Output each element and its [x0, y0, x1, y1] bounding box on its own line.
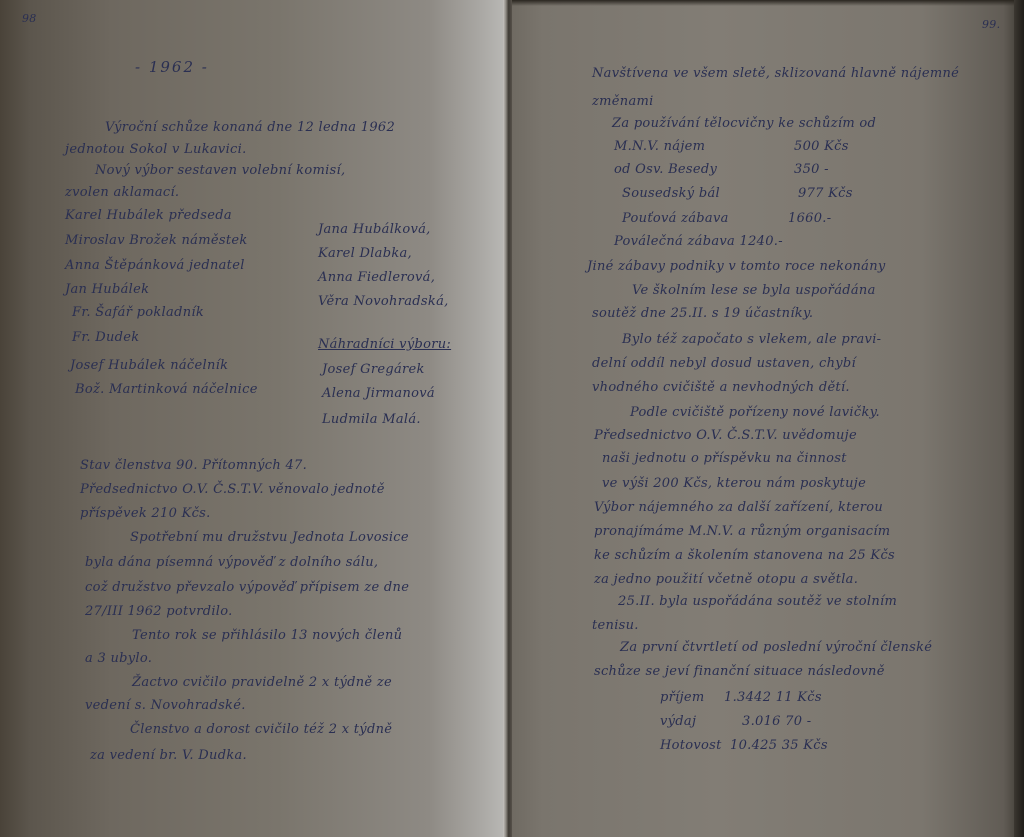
income-label: od Osv. Besedy [614, 162, 717, 177]
page-number: 99. [982, 18, 1000, 31]
committee-member: Věra Novohradská, [318, 294, 449, 309]
committee-member: Jana Hubálková, [318, 222, 431, 237]
committee-member: Anna Štěpánková jednatel [65, 258, 245, 273]
income-amount: 977 Kčs [798, 186, 853, 201]
text-line: Stav členstva 90. Přítomných 47. [80, 458, 307, 473]
text-line: příspěvek 210 Kčs. [80, 506, 211, 521]
text-line: 27/III 1962 potvrdilo. [85, 604, 233, 619]
income-label: Sousedský bál [622, 186, 720, 201]
text-line: schůze se jeví finanční situace následov… [594, 664, 885, 679]
text-line: Členstvo a dorost cvičilo též 2 x týdně [130, 722, 392, 737]
open-book: 98 - 1962 - Výroční schůze konaná dne 12… [0, 0, 1024, 837]
income-amount: 350 - [794, 162, 829, 177]
text-line: Poválečná zábava 1240.- [614, 234, 783, 249]
substitute-member: Josef Gregárek [322, 362, 425, 377]
text-line: Za používání tělocvičny ke schůzím od [612, 116, 876, 131]
substitutes-heading: Náhradníci výboru: [318, 337, 451, 352]
right-page: 99. Navštívena ve všem sletě, sklizovaná… [512, 0, 1024, 837]
committee-member: Jan Hubálek [65, 282, 149, 297]
year-heading: - 1962 - [135, 58, 209, 76]
text-line: Spotřební mu družstvu Jednota Lovosice [130, 530, 409, 545]
committee-member: Fr. Šafář pokladník [72, 305, 204, 320]
text-line: 25.II. byla uspořádána soutěž ve stolním [618, 594, 897, 609]
text-line: Za první čtvrtletí od poslední výroční č… [620, 640, 932, 655]
text-line: Nový výbor sestaven volební komisí, [95, 163, 345, 178]
text-line: soutěž dne 25.II. s 19 účastníky. [592, 306, 813, 321]
text-line: Podle cvičiště pořízeny nové lavičky. [630, 405, 880, 420]
committee-member: Miroslav Brožek náměstek [65, 233, 248, 248]
text-line: za jedno použití včetně otopu a světla. [594, 572, 858, 587]
committee-member: Bož. Martinková náčelnice [75, 382, 258, 397]
left-page: 98 - 1962 - Výroční schůze konaná dne 12… [0, 0, 505, 837]
text-line: a 3 ubylo. [85, 651, 152, 666]
committee-member: Karel Dlabka, [318, 246, 412, 261]
text-line: tenisu. [592, 618, 639, 633]
text-line: ve výši 200 Kčs, kterou nám poskytuje [602, 476, 866, 491]
text-line: ke schůzím a školením stanovena na 25 Kč… [594, 548, 895, 563]
text-line: naši jednotu o příspěvku na činnost [602, 451, 847, 466]
text-line: jednotou Sokol v Lukavici. [65, 142, 247, 157]
committee-member: Anna Fiedlerová, [318, 270, 435, 285]
finance-label: příjem [660, 690, 705, 705]
finance-label: Hotovost [660, 738, 722, 753]
text-line: Předsednictvo O.V. Č.S.T.V. věnovalo jed… [80, 482, 385, 497]
text-line: změnami [592, 94, 654, 109]
finance-label: výdaj [660, 714, 696, 729]
text-line: Bylo též započato s vlekem, ale pravi- [622, 332, 881, 347]
text-line: Navštívena ve všem sletě, sklizovaná hla… [592, 66, 959, 81]
book-edge [1014, 0, 1024, 837]
text-line: delní oddíl nebyl dosud ustaven, chybí [592, 356, 856, 371]
text-line: Předsednictvo O.V. Č.S.T.V. uvědomuje [594, 428, 857, 443]
text-line: což družstvo převzalo výpověď přípisem z… [85, 580, 409, 595]
finance-amount: 1.3442 11 Kčs [724, 690, 822, 705]
income-label: Pouťová zábava [622, 211, 729, 226]
committee-member: Josef Hubálek náčelník [70, 358, 228, 373]
text-line: vedení s. Novohradské. [85, 698, 246, 713]
text-line: za vedení br. V. Dudka. [90, 748, 247, 763]
page-number: 98 [22, 12, 37, 25]
income-amount: 1660.- [788, 211, 831, 226]
text-line: pronajímáme M.N.V. a různým organisacím [594, 524, 890, 539]
substitute-member: Ludmila Malá. [322, 412, 421, 427]
text-line: Žactvo cvičilo pravidelně 2 x týdně ze [132, 675, 392, 690]
page-top-shadow [512, 0, 1024, 6]
substitute-member: Alena Jirmanová [322, 386, 435, 401]
finance-amount: 10.425 35 Kčs [730, 738, 828, 753]
text-line: zvolen aklamací. [65, 185, 179, 200]
committee-member: Fr. Dudek [72, 330, 139, 345]
text-line: Jiné zábavy podniky v tomto roce nekonán… [587, 259, 886, 274]
text-line: Ve školním lese se byla uspořádána [632, 283, 876, 298]
income-amount: 500 Kčs [794, 139, 849, 154]
text-line: Tento rok se přihlásilo 13 nových členů [132, 628, 402, 643]
finance-amount: 3.016 70 - [742, 714, 811, 729]
text-line: byla dána písemná výpověď z dolního sálu… [85, 555, 378, 570]
committee-member: Karel Hubálek předseda [65, 208, 232, 223]
income-label: M.N.V. nájem [614, 139, 705, 154]
text-line: Výbor nájemného za další zařízení, ktero… [594, 500, 883, 515]
text-line: Výroční schůze konaná dne 12 ledna 1962 [105, 120, 395, 135]
text-line: vhodného cvičiště a nevhodných dětí. [592, 380, 850, 395]
